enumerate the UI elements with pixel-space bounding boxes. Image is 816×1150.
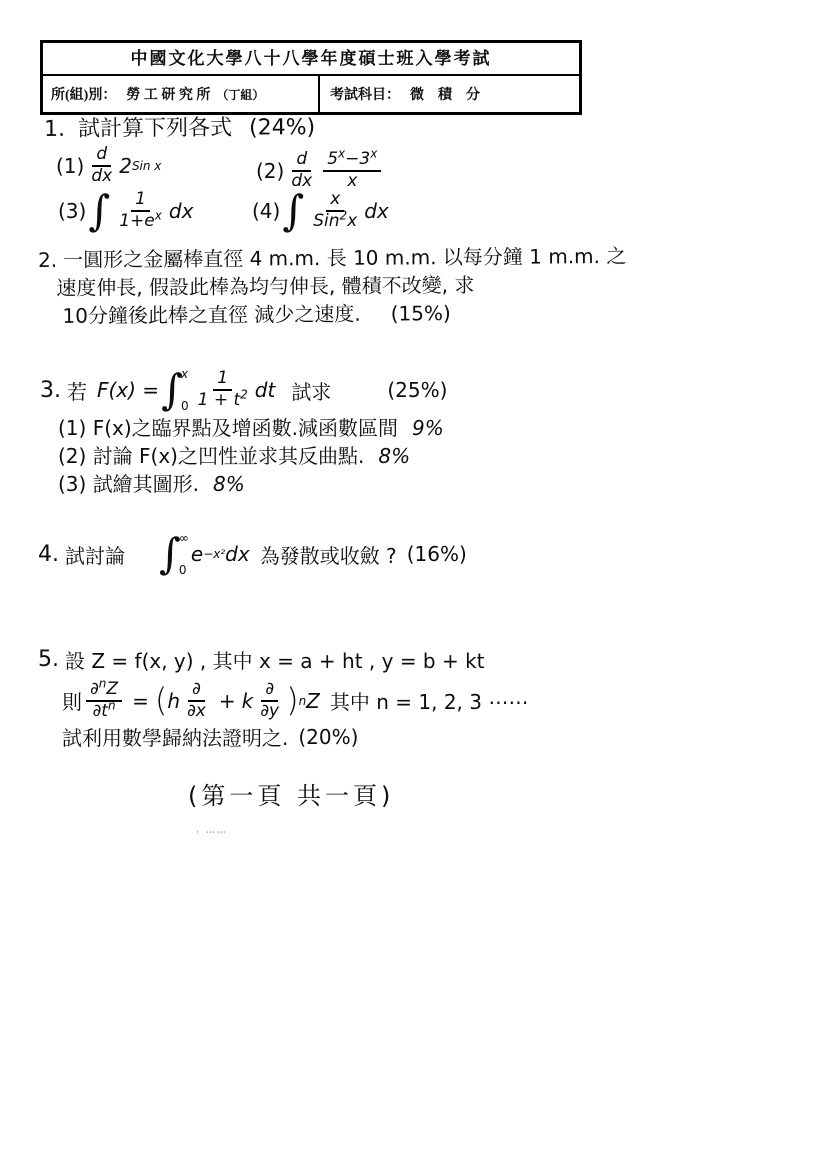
integral-sign-with-bounds: ∫ ∞ 0 <box>159 530 189 578</box>
integral-upper-bound: ∞ <box>179 532 189 544</box>
fraction-1-over-1-plus-t2: 1 1 + t2 <box>195 369 251 410</box>
q5-then: 則 <box>62 686 82 715</box>
q2-line-3-text: 10分鐘後此棒之直徑 減少之速度. <box>62 300 360 330</box>
q2-line-1: 2. 一圓形之金屬棒直徑 4 m.m. 長 10 m.m. 以每分鐘 1 m.m… <box>38 242 626 274</box>
fraction-denominator: ∂y <box>257 702 282 722</box>
question-3-subitems: (1) F(x)之臨界點及增函數.減函數區間 9% (2) 討論 F(x)之凹性… <box>58 414 444 498</box>
question-1-heading: 1. 試計算下列各式 (24%) <box>44 110 315 143</box>
scan-speckle-marks: · ⋯⋯ <box>196 828 228 838</box>
fraction-x-over-sin2x: x Sin2x <box>310 190 360 231</box>
page-footer-note: (第一頁 共一頁) <box>188 776 394 811</box>
q3-sub-1-text: (1) F(x)之臨界點及增函數.減函數區間 <box>58 414 398 442</box>
q1-item-3-label: (3) <box>58 199 86 223</box>
q5-number: 5. <box>38 647 59 672</box>
q5-k: k <box>242 689 254 713</box>
q1-number: 1. <box>44 117 65 142</box>
q5-line-1-text: 設 Z = f(x, y) , 其中 x = a + ht , y = b + … <box>65 645 485 674</box>
fraction-denominator: 1 + t2 <box>195 391 251 411</box>
integral-sign: ∫ <box>88 193 110 229</box>
fraction-numerator: ∂ <box>188 680 205 702</box>
exam-title: 中國文化大學八十八學年度碩士班入學考試 <box>43 43 579 76</box>
q4-number: 4. <box>38 542 59 567</box>
subject-label: 考試科目： <box>330 84 400 104</box>
department-value: 勞 工 研 究 所 <box>126 84 210 104</box>
subject-value: 微 積 分 <box>410 84 480 104</box>
q3-sub-3-text: (3) 試繪其圖形. <box>58 470 199 498</box>
q3-dvar: dt <box>255 378 276 402</box>
fraction-5x-3x-over-x: 5x−3x x <box>323 150 381 191</box>
fraction-1-over-1-plus-ex: 1 1+ex <box>116 190 165 231</box>
fraction-numerator: d <box>92 145 111 167</box>
q3-sub-3-score: 8% <box>213 470 245 498</box>
q4-question-text: 為發散或收斂 ? <box>260 540 397 569</box>
q1-item-1-base: 2 <box>119 154 132 178</box>
q3-function: F(x) = <box>97 378 159 402</box>
q1-item-3-dvar: dx <box>169 199 194 223</box>
subject-cell: 考試科目： 微 積 分 <box>320 76 579 112</box>
q5-z: Z <box>306 689 320 713</box>
q5-score: (20%) <box>298 725 358 749</box>
fraction-numerator: ∂nZ <box>86 680 122 702</box>
integral-lower-bound: 0 <box>181 400 189 412</box>
q3-sub-3: (3) 試繪其圖形. 8% <box>58 470 444 498</box>
fraction-denominator: 1+ex <box>116 212 165 232</box>
department-label: 所(組)別： <box>51 84 116 104</box>
q2-line-1-text: 一圓形之金屬棒直徑 4 m.m. 長 10 m.m. 以每分鐘 1 m.m. 之 <box>63 242 626 274</box>
fraction-denominator: ∂tn <box>89 702 118 722</box>
q1-item-2-label: (2) <box>256 159 284 183</box>
q1-item-4-label: (4) <box>252 199 280 223</box>
question-2: 2. 一圓形之金屬棒直徑 4 m.m. 長 10 m.m. 以每分鐘 1 m.m… <box>38 242 627 330</box>
q2-line-3: 10分鐘後此棒之直徑 減少之速度. (15%) <box>62 298 626 330</box>
q3-number: 3. <box>40 378 61 403</box>
question-3-main: 3. 若 F(x) = ∫ x 0 1 1 + t2 dt 試求 (25%) <box>40 366 447 414</box>
q5-equals: = <box>132 689 149 713</box>
q1-item-1-label: (1) <box>56 154 84 178</box>
q1-item-4-dvar: dx <box>364 199 389 223</box>
left-paren: ( <box>155 686 167 715</box>
q3-intro: 若 <box>67 376 87 405</box>
q1-item-1: (1) d dx 2Sin x <box>56 145 161 186</box>
integral-sign: ∫ <box>282 193 304 229</box>
q4-dvar: dx <box>225 542 250 566</box>
fraction-denominator: x <box>344 172 360 192</box>
q4-intro: 試討論 <box>65 540 125 569</box>
integral-upper-bound: x <box>181 368 189 380</box>
q3-sub-2-text: (2) 討論 F(x)之凹性並求其反曲點. <box>58 442 364 470</box>
q3-sub-2: (2) 討論 F(x)之凹性並求其反曲點. 8% <box>58 442 444 470</box>
q4-score: (16%) <box>407 542 467 566</box>
fraction-dnz-dtn: ∂nZ ∂tn <box>86 680 122 721</box>
q5-line-3-text: 試利用數學歸納法證明之. <box>62 722 288 751</box>
q3-sub-1: (1) F(x)之臨界點及增函數.減函數區間 9% <box>58 414 444 442</box>
fraction-numerator: d <box>292 150 311 172</box>
q1-item-4: (4) ∫ x Sin2x dx <box>252 190 389 231</box>
fraction-numerator: ∂ <box>261 680 278 702</box>
q2-line-2: 速度伸長, 假設此棒為均勻伸長, 體積不改變, 求 <box>56 270 626 302</box>
q2-number: 2. <box>38 246 57 274</box>
q2-score: (15%) <box>391 299 451 327</box>
fraction-denominator: ∂x <box>184 702 209 722</box>
q1-score: (24%) <box>249 115 315 140</box>
fraction-d-dx: d dx <box>88 145 115 186</box>
q4-base: e <box>191 542 203 566</box>
fraction-numerator: 5x−3x <box>323 150 381 172</box>
q3-sub-1-score: 9% <box>412 414 444 442</box>
right-paren: ) <box>286 686 298 715</box>
fraction-d-dx-partial: ∂ ∂x <box>184 680 209 721</box>
fraction-d-dy-partial: ∂ ∂y <box>257 680 282 721</box>
exam-page: 中國文化大學八十八學年度碩士班入學考試 所(組)別： 勞 工 研 究 所 （丁組… <box>0 0 816 1150</box>
question-5-formula: 則 ∂nZ ∂tn = ( h ∂ ∂x + k ∂ ∂y )n Z 其中 n … <box>62 680 528 721</box>
q3-ask: 試求 <box>291 376 331 405</box>
fraction-denominator: Sin2x <box>310 212 360 232</box>
fraction-numerator: 1 <box>131 190 150 212</box>
q3-sub-2-score: 8% <box>378 442 410 470</box>
question-5-line-1: 5. 設 Z = f(x, y) , 其中 x = a + ht , y = b… <box>38 645 485 674</box>
fraction-d-dx: d dx <box>288 150 315 191</box>
exam-header-box: 中國文化大學八十八學年度碩士班入學考試 所(組)別： 勞 工 研 究 所 （丁組… <box>40 40 582 115</box>
q3-score: (25%) <box>387 378 447 402</box>
question-4: 4. 試討論 ∫ ∞ 0 e−x² dx 為發散或收斂 ? (16%) <box>38 530 467 578</box>
integral-bounds: x 0 <box>181 366 189 414</box>
integral-bounds: ∞ 0 <box>179 530 189 578</box>
q5-tail: 其中 n = 1, 2, 3 ⋯⋯ <box>330 686 528 715</box>
q1-item-3: (3) ∫ 1 1+ex dx <box>58 190 193 231</box>
exam-header-row: 所(組)別： 勞 工 研 究 所 （丁組） 考試科目： 微 積 分 <box>43 76 579 112</box>
q2-line-2-text: 速度伸長, 假設此棒為均勻伸長, 體積不改變, 求 <box>56 271 474 302</box>
q5-h: h <box>167 689 180 713</box>
q5-plus: + <box>219 689 236 713</box>
fraction-numerator: 1 <box>213 369 232 391</box>
q1-item-2: (2) d dx 5x−3x x <box>256 150 385 191</box>
question-5-line-3: 試利用數學歸納法證明之. (20%) <box>62 722 358 751</box>
q1-heading-text: 試計算下列各式 <box>78 116 232 142</box>
department-cell: 所(組)別： 勞 工 研 究 所 （丁組） <box>43 76 320 112</box>
integral-lower-bound: 0 <box>179 564 189 576</box>
integral-sign-with-bounds: ∫ x 0 <box>161 366 189 414</box>
department-group: （丁組） <box>216 86 264 103</box>
fraction-denominator: dx <box>88 167 115 187</box>
